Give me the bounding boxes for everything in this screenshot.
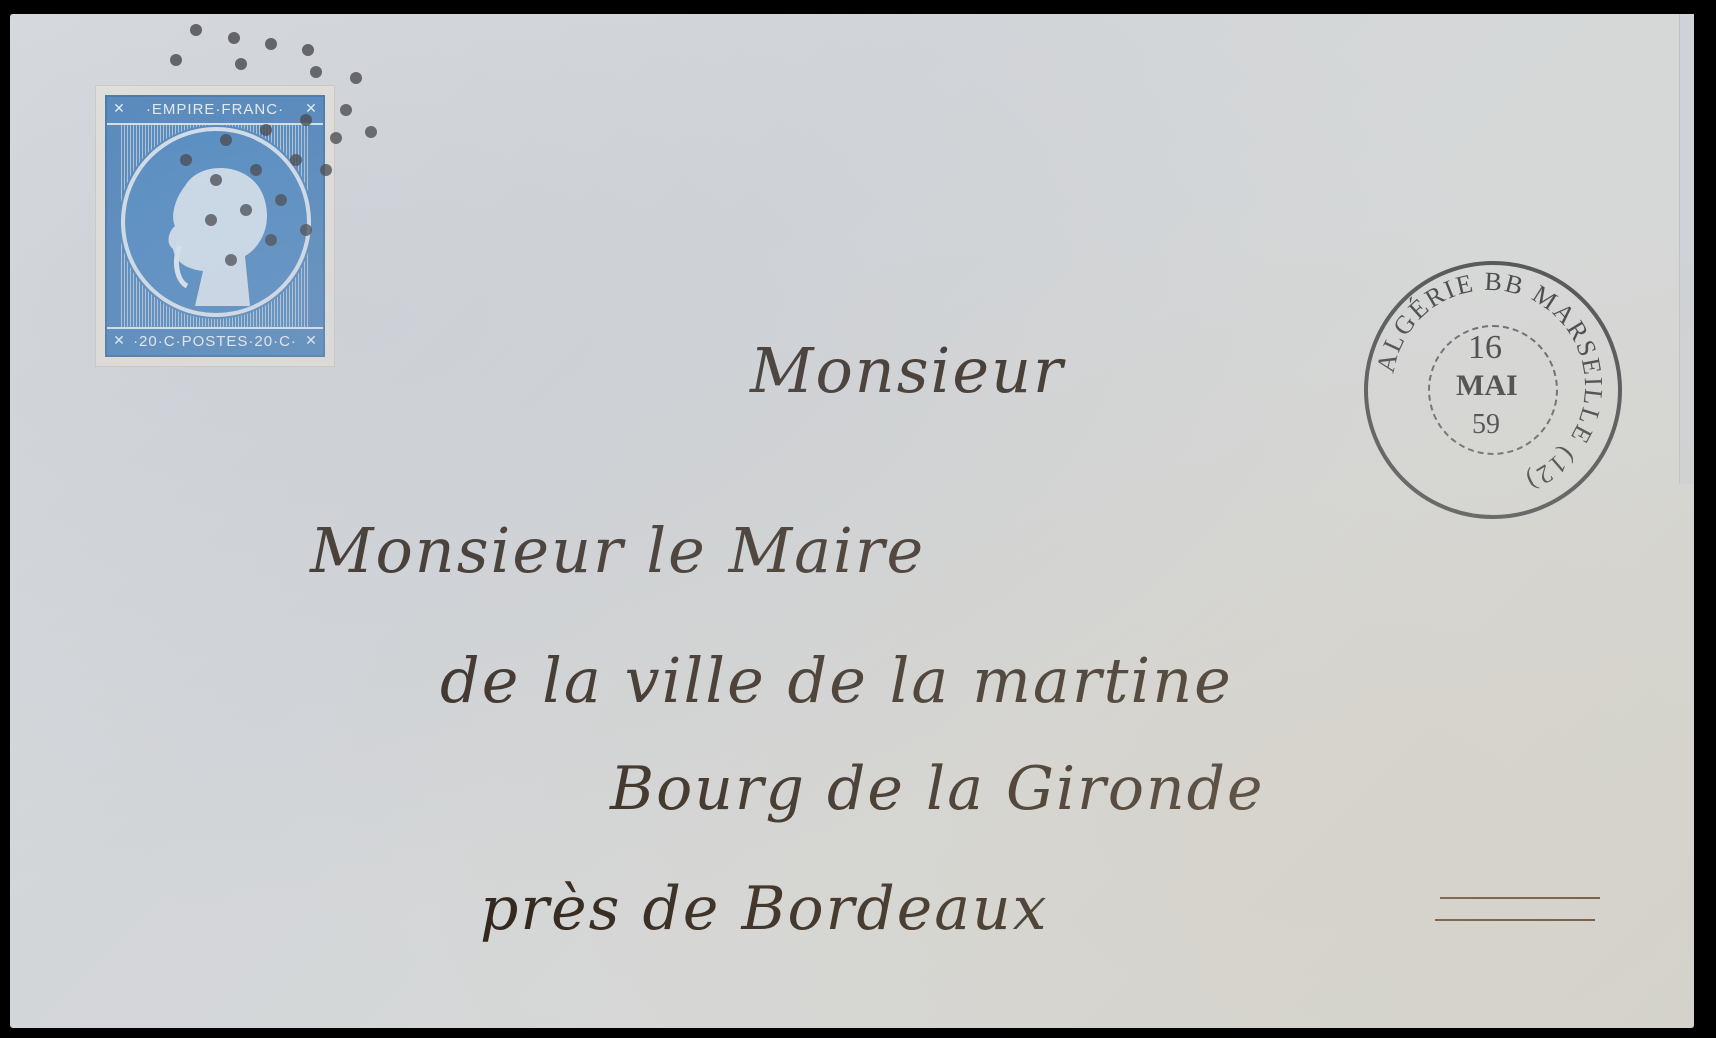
- address-line-2: Monsieur le Maire: [310, 514, 925, 587]
- postmark-month: MAI: [1456, 369, 1518, 403]
- corner-cross-icon: ✕: [107, 329, 131, 355]
- postmark-day: 16: [1468, 329, 1502, 367]
- address-line-4: Bourg de la Gironde: [610, 754, 1265, 824]
- stamp-top-label: ·EMPIRE·FRANC·: [107, 97, 323, 125]
- circular-datestamp: ALGÉRIE BB MARSEILLE (12) 16 MAI 59: [1364, 261, 1622, 519]
- stamp-bottom-label: ·20·C·POSTES·20·C·: [107, 327, 323, 355]
- stamp-frame: ·EMPIRE·FRANC· ✕ ✕ ·20·C·POSTES·20·C· ✕ …: [105, 95, 325, 357]
- address-line-5: près de Bordeaux: [480, 874, 1049, 944]
- address-line-1: Monsieur: [750, 334, 1065, 407]
- corner-cross-icon: ✕: [107, 97, 131, 123]
- address-line-3: de la ville de la martine: [440, 644, 1233, 717]
- postmark-year: 59: [1472, 409, 1500, 441]
- postal-cover: ·EMPIRE·FRANC· ✕ ✕ ·20·C·POSTES·20·C· ✕ …: [10, 14, 1694, 1028]
- corner-cross-icon: ✕: [299, 329, 323, 355]
- folded-flap-edge: [1679, 14, 1694, 484]
- underline-flourish: [1435, 919, 1595, 921]
- postage-stamp: ·EMPIRE·FRANC· ✕ ✕ ·20·C·POSTES·20·C· ✕ …: [96, 86, 334, 366]
- underline-flourish: [1440, 897, 1600, 899]
